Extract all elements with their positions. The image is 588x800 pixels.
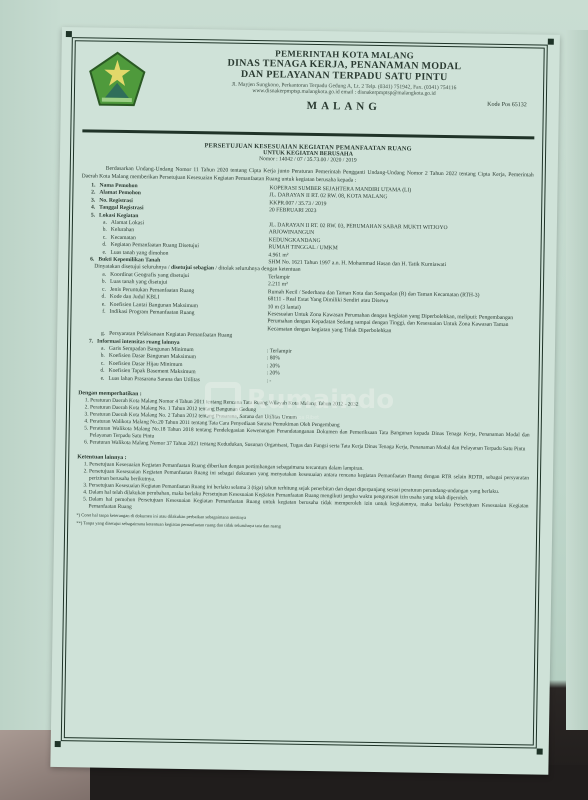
corner-ornament-icon xyxy=(55,741,61,747)
header-city: MALANG xyxy=(307,100,381,113)
corner-ornament-icon xyxy=(548,39,554,45)
background-surface-right xyxy=(566,30,588,730)
corner-ornament-icon xyxy=(66,31,72,37)
condition-fields: a.Koordinat Geografis yang disetujuiTerl… xyxy=(79,271,532,345)
rumaindo-house-logo-icon xyxy=(205,382,241,418)
watermark: Rumaindo Cari Properti Tanpa Ribet xyxy=(205,375,395,425)
field-number: f. xyxy=(79,308,109,331)
document-content: PEMERINTAH KOTA MALANG DINAS TENAGA KERJ… xyxy=(76,45,535,533)
other-notes-list: Persetujuan Kesesuaian Kegiatan Pemanfaa… xyxy=(76,461,529,517)
header-postal-code: Kode Pos 65132 xyxy=(487,102,527,109)
field-label: Indikasi Program Pemanfaatan Ruang xyxy=(109,309,267,334)
watermark-brand: Rumaindo xyxy=(247,385,394,415)
letterhead: PEMERINTAH KOTA MALANG DINAS TENAGA KERJ… xyxy=(82,45,535,134)
watermark-tagline: Cari Properti Tanpa Ribet xyxy=(257,415,319,421)
document-title-block: PERSETUJUAN KESESUAIAN KEGIATAN PEMANFAA… xyxy=(82,140,534,166)
corner-ornament-icon xyxy=(537,749,543,755)
field-number: e. xyxy=(78,375,108,383)
malang-city-emblem-icon xyxy=(87,49,148,110)
